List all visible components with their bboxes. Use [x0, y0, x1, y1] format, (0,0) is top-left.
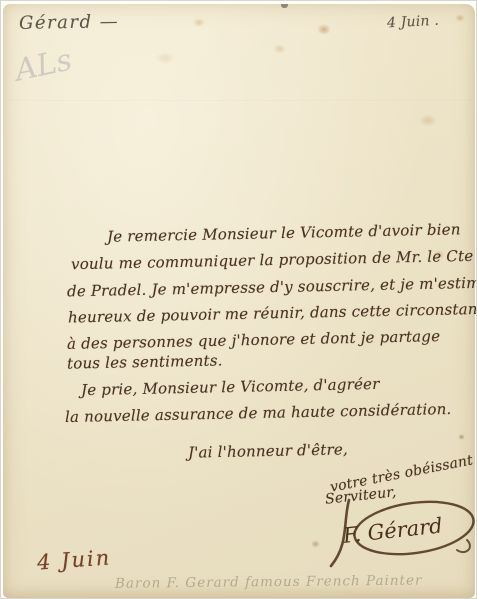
foxing-spot [273, 44, 286, 54]
letter-line: Je remercie Monsieur le Vicomte d'avoir … [107, 220, 461, 245]
foxing-spot [455, 14, 465, 22]
foxing-spot [155, 52, 175, 64]
letter-line: tous les sentiments. [67, 351, 223, 372]
letter-line: heureux de pouvoir me réunir, dans cette… [68, 299, 477, 326]
date-annotation-top: 4 Juin . [387, 13, 440, 32]
foxing-spot [458, 434, 465, 440]
letter-paper: Gérard — ALs 4 Juin . Je remercie Monsie… [3, 4, 475, 598]
signature-block: F. Gérard [319, 492, 477, 570]
fold-crease [3, 100, 475, 102]
letter-line: voulu me communiquer la proposition de M… [71, 247, 474, 273]
pencil-monogram: ALs [12, 42, 75, 88]
letter-line: Je prie, Monsieur le Vicomte, d'agréer [81, 375, 380, 399]
signature-text: F. Gérard [341, 513, 444, 547]
signature-flourish: F. Gérard [319, 492, 477, 570]
collector-name-annotation: Gérard — [19, 11, 120, 34]
letter-line: à des personnes que j'honore et dont je … [67, 327, 440, 353]
foxing-spot [419, 114, 437, 127]
dealer-pencil-note: Baron F. Gerard famous French Painter [115, 572, 445, 591]
letter-line: de Pradel. Je m'empresse d'y souscrire, … [67, 274, 477, 301]
closing-line: J'ai l'honneur d'être, [188, 440, 348, 461]
foxing-spot [317, 24, 331, 35]
foxing-spot [193, 18, 205, 27]
letter-line: la nouvelle assurance de ma haute consid… [65, 400, 452, 426]
letter-scan: Gérard — ALs 4 Juin . Je remercie Monsie… [0, 0, 477, 599]
paper-notch [281, 4, 288, 8]
date-annotation-bottom: 4 Juin [36, 545, 112, 574]
